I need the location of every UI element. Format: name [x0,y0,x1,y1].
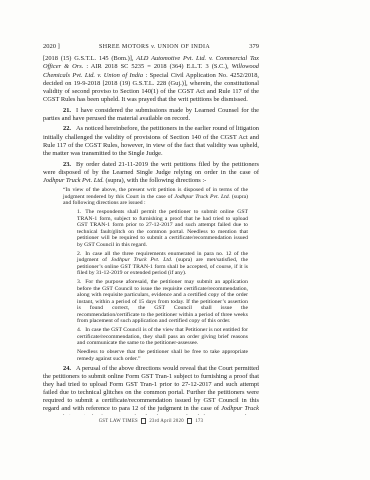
quote-closing: Needless to observe that the petitioner … [77,349,248,362]
case-name-jodhpur-truck: Jodhpur Truck Pvt. Ltd. [111,257,172,263]
quote-intro: “In view of the above, the present writ … [63,187,248,207]
paragraph-number: 23. [63,161,71,168]
citation-text: [2018 (15) G.S.T.L. 145 (Bom.)], [43,55,136,62]
footer-journal-name: GST LAW TIMES [99,419,138,424]
footer-folio-number: 173 [195,419,203,424]
page-footer: GST LAW TIMES23rd April 2020173 [43,418,259,425]
citation-text: : AIR 2018 SC 5235 = 2018 (364) E.L.T. 3… [83,63,231,70]
paragraph-number: 22. [63,125,71,132]
item-text: For the purpose aforesaid, the petitione… [77,279,248,324]
header-case-title: SHREE MOTORS v. UNION OF INDIA [99,44,210,51]
direction-item-4: 4.In case the GST Council is of the view… [77,327,248,347]
document-page: 2020 ] SHREE MOTORS v. UNION OF INDIA 37… [0,0,370,480]
quoted-directions-block: “In view of the above, the present writ … [63,187,248,362]
paragraph-text: I have considered the submissions made b… [43,107,259,122]
case-name-jodhpur-truck: Jodhpur Truck Pvt. Ltd. [43,177,104,184]
direction-item-3: 3.For the purpose aforesaid, the petitio… [77,279,248,325]
footer-date: 23rd April 2020 [149,419,183,424]
item-text: The respondents shall permit the petitio… [77,209,248,248]
page-header: 2020 ] SHREE MOTORS v. UNION OF INDIA 37… [43,43,259,51]
paragraph-text: (supra), the form was ordered to be acce… [43,414,259,415]
paragraph-continuation: [2018 (15) G.S.T.L. 145 (Bom.)], ALD Aut… [43,55,259,105]
paragraph-text: (supra), with the following directions :… [104,177,206,184]
separator-square-icon [141,418,147,424]
paragraph-text: As noticed hereinbefore, the petitioners… [43,125,259,157]
case-title-right: UNION OF INDIA [156,44,211,50]
case-name-jodhpur-truck: Jodhpur Truck Pvt. Ltd. [174,194,230,200]
header-page-number: 379 [249,43,259,50]
paragraph-text: By order dated 21-11-2019 the writ petit… [43,161,259,176]
paragraph-22: 22.As noticed hereinbefore, the petition… [43,125,259,158]
item-number: 4. [77,327,81,333]
direction-item-1: 1.The respondents shall permit the petit… [77,209,248,248]
direction-item-2: 2.In case all the three requirements enu… [77,251,248,277]
paragraph-21: 21.I have considered the submissions mad… [43,107,259,124]
paragraph-23: 23.By order dated 21-11-2019 the writ pe… [43,161,259,186]
paragraph-number: 24. [63,365,71,372]
item-text: In case the GST Council is of the view t… [77,327,248,346]
paragraph-24: 24.A perusal of the above directions wou… [43,365,259,415]
quote-text: Needless to observe that the petitioner … [77,349,248,362]
header-year: 2020 ] [43,43,60,50]
separator-square-icon [187,418,193,424]
judgment-body: [2018 (15) G.S.T.L. 145 (Bom.)], ALD Aut… [43,55,259,415]
case-title-left: SHREE MOTORS [99,44,151,50]
item-number: 3. [77,279,81,285]
paragraph-number: 21. [63,107,71,114]
item-number: 1. [77,209,81,215]
